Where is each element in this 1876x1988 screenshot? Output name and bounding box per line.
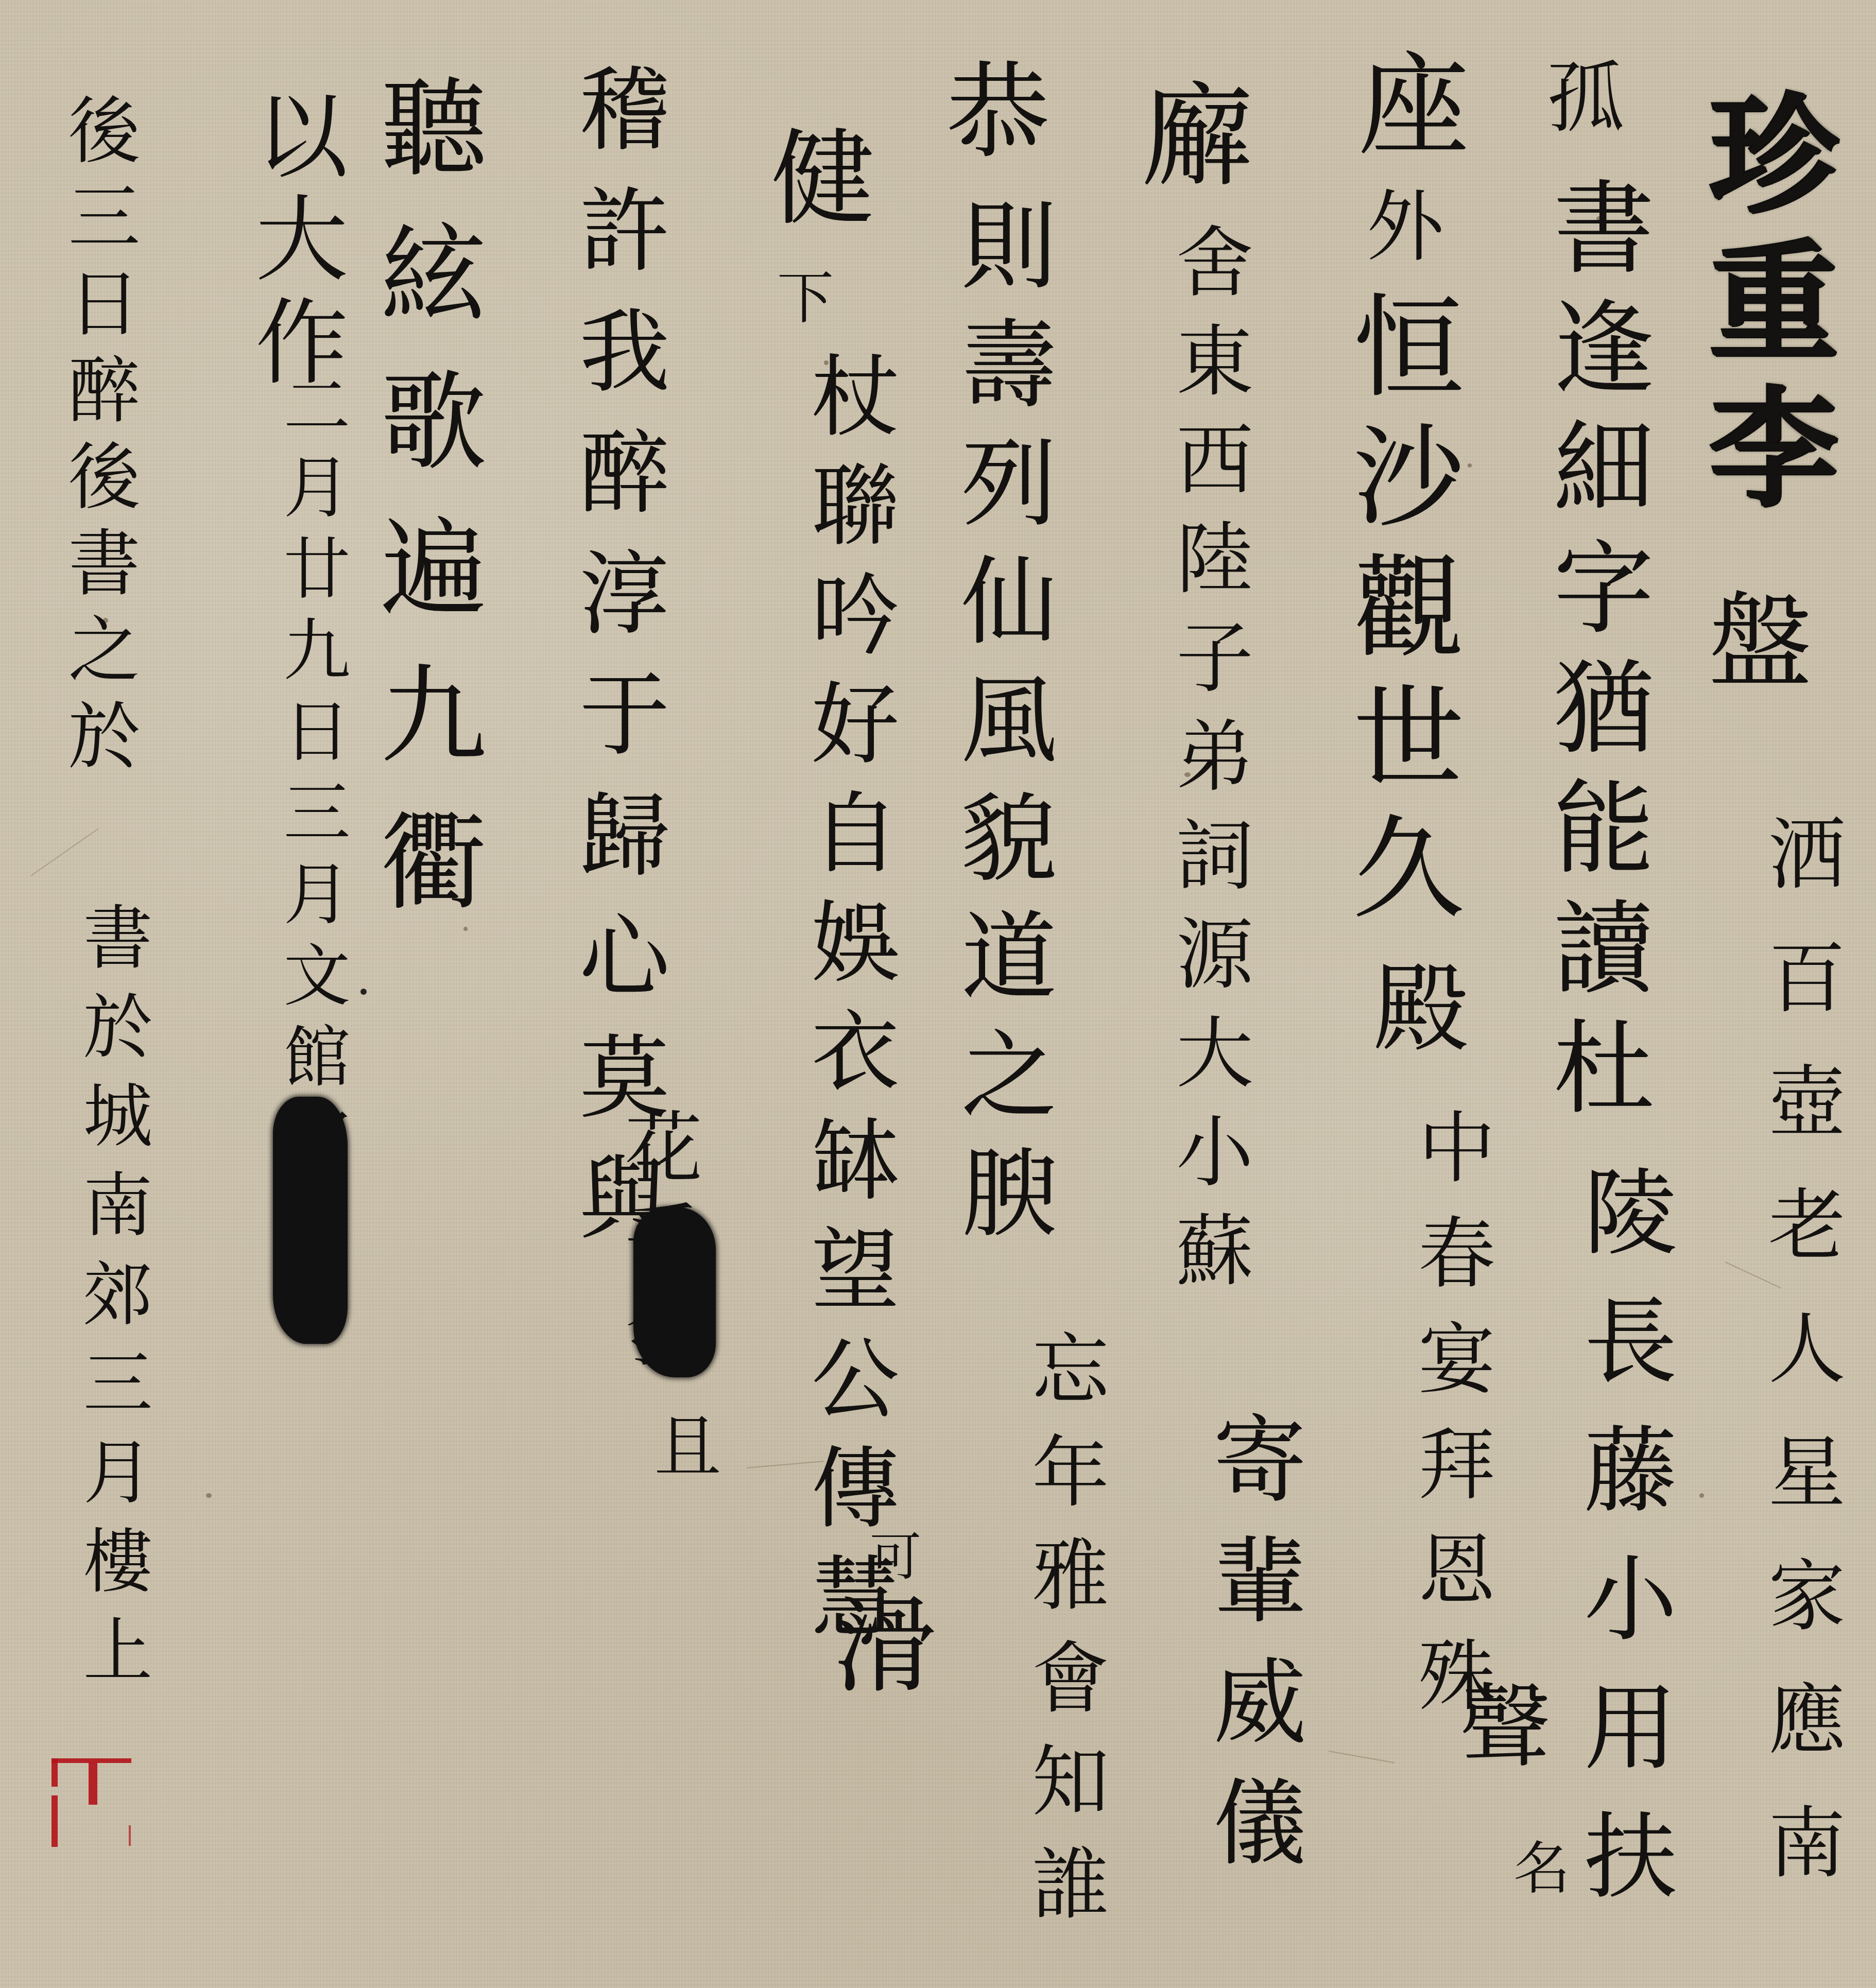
- column-6-small: 下: [772, 268, 829, 345]
- signature-chars: 書於城南郊三月樓上: [77, 901, 147, 1703]
- column-5-char: 恭: [937, 57, 1040, 177]
- column-8-poem: 聽絃歌遍九衢: [371, 72, 476, 953]
- signature-column: 後三日醉後書之於: [62, 93, 134, 785]
- column-1-char: 星: [1761, 1431, 1838, 1555]
- column-3-char: 名: [1509, 1838, 1565, 1915]
- paper-fiber: [1329, 1751, 1395, 1764]
- column-3-char: 殿: [1365, 958, 1460, 1070]
- column-3-char-sheng: 聲: [1452, 1679, 1542, 1786]
- column-2-poem-lower: 陵長藤小用扶: [1576, 1164, 1668, 1936]
- paper-speck: [1468, 463, 1472, 468]
- column-5-poem-lower: 忘年雅會知誰: [1025, 1328, 1102, 1946]
- seal-stroke: [51, 1758, 58, 1787]
- column-1-char: 百: [1761, 937, 1838, 1061]
- column-3-head: 座: [1349, 46, 1460, 174]
- column-8-chars: 聽絃歌遍九衢: [371, 72, 476, 953]
- inscription-column: 二月廿九日三月文館宴: [278, 371, 345, 1184]
- column-4-char: 廨: [1133, 77, 1244, 205]
- column-1-poem: 盤: [1699, 587, 1802, 718]
- column-3-small: 外: [1359, 185, 1437, 283]
- column-1-char: 洒: [1761, 814, 1838, 937]
- seal-stroke: [51, 1795, 58, 1847]
- column-4-poem-lower: 寄輩威儀: [1205, 1411, 1298, 1895]
- column-7-chars: 稽許我醉淳于歸心莫與: [572, 62, 662, 1272]
- ink-blot: [273, 1097, 348, 1344]
- column-6-char: 下: [772, 268, 829, 345]
- column-6-chars: 杖聯吟好自娛衣缽望公傳慧: [803, 350, 891, 1660]
- column-4-chars: 寄輩威儀: [1205, 1411, 1298, 1895]
- column-7-char: 且: [649, 1411, 716, 1498]
- column-3-poem-lower: 中春宴拜恩殊: [1411, 1107, 1488, 1740]
- inscription-chars: 以大作: [247, 88, 340, 396]
- ink-blot: [633, 1207, 716, 1377]
- column-1-char: 壺: [1761, 1061, 1838, 1184]
- column-7-char-qie: 且: [649, 1411, 716, 1498]
- paper-fiber: [30, 828, 98, 876]
- column-6-char-hua: 滑: [824, 1591, 927, 1711]
- column-3-char: 座: [1349, 46, 1460, 174]
- column-4-poem: 舍東西陸子弟詞源大小蘇: [1169, 221, 1246, 1309]
- column-5-head: 恭: [937, 57, 1040, 177]
- column-6-char-ke: 可: [865, 1529, 917, 1601]
- column-1-char: 家: [1761, 1555, 1838, 1679]
- column-1-char: 南: [1761, 1802, 1838, 1926]
- column-3-poem: 恒沙觀世久: [1344, 288, 1455, 940]
- column-2-chars: 陵長藤小用扶: [1576, 1164, 1668, 1936]
- column-5-chars: 則壽列仙風貌道之腴: [953, 196, 1048, 1261]
- column-6-poem: 杖聯吟好自娛衣缽望公傳慧: [803, 350, 891, 1660]
- seal-stroke: [129, 1825, 131, 1846]
- column-3-chars: 恒沙觀世久: [1344, 288, 1455, 940]
- column-4-head: 廨: [1133, 77, 1244, 205]
- column-3-char-dian: 殿: [1365, 958, 1460, 1070]
- red-seal: [51, 1758, 134, 1851]
- title-characters: 珍重李: [1699, 88, 1828, 528]
- column-6-char: 滑: [824, 1591, 927, 1711]
- column-2-poem: 書逢細字猶能讀杜: [1545, 175, 1645, 1135]
- column-1-title: 珍重李: [1699, 88, 1828, 528]
- column-3-char-ming: 名: [1509, 1838, 1565, 1915]
- column-6-char: 可: [865, 1529, 917, 1601]
- ink-dot: [360, 989, 367, 995]
- seal-stroke: [89, 1762, 97, 1805]
- column-1-char: 盤: [1699, 587, 1802, 718]
- column-1-char: 老人: [1761, 1184, 1838, 1431]
- column-5-chars: 忘年雅會知誰: [1025, 1328, 1102, 1946]
- column-3-chars: 中春宴拜恩殊: [1411, 1107, 1488, 1740]
- column-1-poem-lower: 洒百壺老人星家應南: [1761, 814, 1838, 1926]
- paper-speck: [1699, 1493, 1704, 1498]
- calligraphy-paper: 珍重李 盤 洒百壺老人星家應南 孤 書逢細字猶能讀杜 陵長藤小用扶 座 外 恒沙…: [0, 0, 1876, 1988]
- inscription-column-head: 以大作: [247, 88, 340, 396]
- column-5-poem: 則壽列仙風貌道之腴: [953, 196, 1048, 1261]
- column-1-char: 應: [1761, 1679, 1838, 1802]
- column-7-poem: 稽許我醉淳于歸心莫與: [572, 62, 662, 1272]
- inscription-chars: 二月廿九日三月文館宴: [278, 371, 345, 1184]
- column-3-char: 聲: [1452, 1679, 1542, 1786]
- column-3-char: 外: [1359, 185, 1437, 283]
- column-2-chars: 書逢細字猶能讀杜: [1545, 175, 1645, 1135]
- column-4-chars: 舍東西陸子弟詞源大小蘇: [1169, 221, 1246, 1309]
- column-6-char: 健: [762, 124, 865, 244]
- column-2-char: 孤: [1540, 57, 1617, 154]
- signature-chars: 後三日醉後書之於: [62, 93, 134, 785]
- signature-column-lower: 書於城南郊三月樓上: [77, 901, 147, 1703]
- column-2-head: 孤: [1540, 57, 1617, 154]
- paper-speck: [206, 1493, 212, 1498]
- column-6-head: 健: [762, 124, 865, 244]
